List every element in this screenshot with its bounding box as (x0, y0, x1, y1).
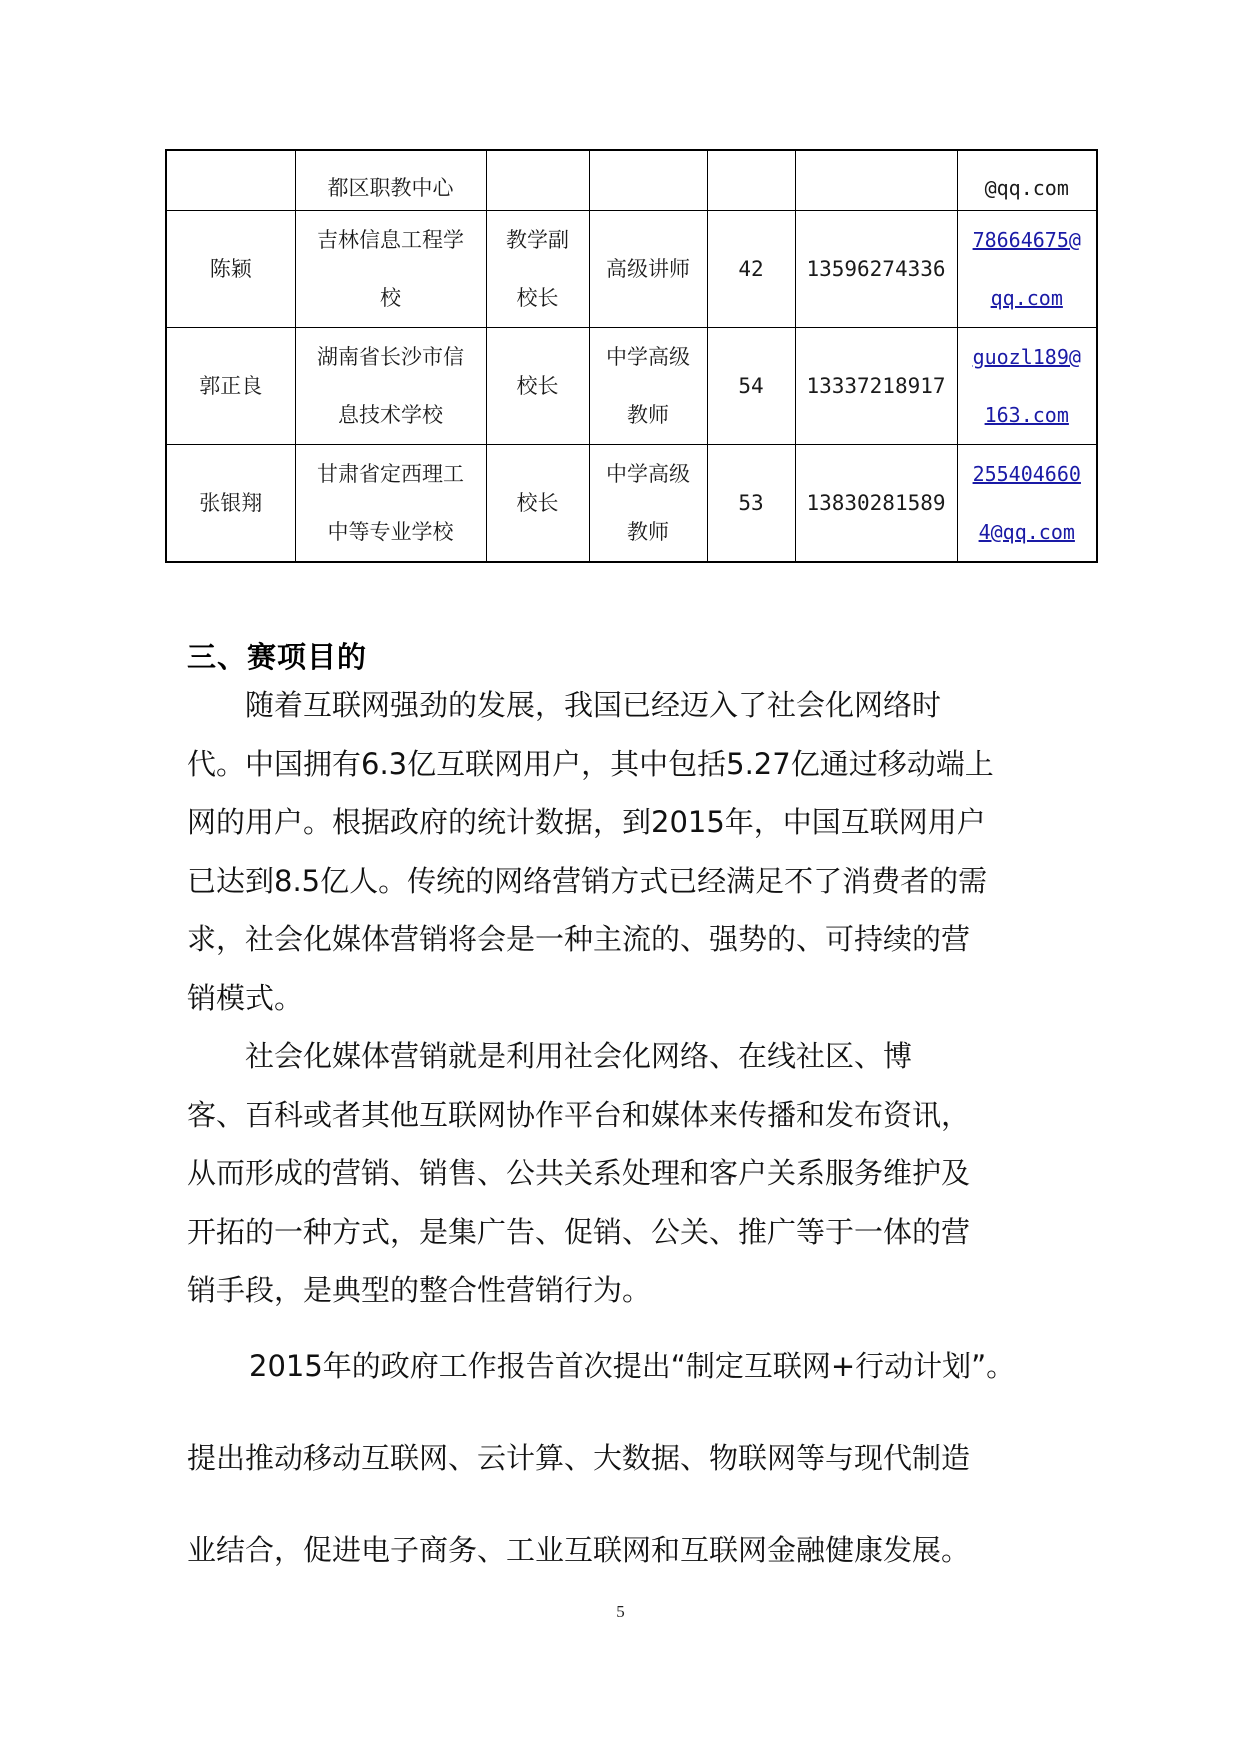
school-line: 吉林信息工程学 (296, 211, 486, 269)
text-line: 从而形成的营销、销售、公共关系处理和客户关系服务维护及 (187, 1144, 1067, 1203)
cell-name: 张银翔 (166, 445, 295, 563)
text-line: 网的用户。根据政府的统计数据，到2015年，中国互联网用户 (187, 793, 1067, 852)
cell-age: 53 (707, 445, 795, 563)
cell-email: guozl189@ 163.com (957, 328, 1097, 445)
cell-phone: 13337218917 (795, 328, 957, 445)
table-row: 郭正良 湖南省长沙市信 息技术学校 校长 中学高级 教师 54 13337218… (166, 328, 1097, 445)
text-line: 求，社会化媒体营销将会是一种主流的、强势的、可持续的营 (187, 910, 1067, 969)
cell-school: 都区职教中心 (295, 150, 486, 211)
title-line: 中学高级 (590, 328, 707, 386)
school-line: 甘肃省定西理工 (296, 445, 486, 503)
cell-title: 中学高级 教师 (589, 445, 707, 563)
cell-title (589, 150, 707, 211)
cell-email: @qq.com (957, 150, 1097, 211)
text-line: 代。中国拥有6.3亿互联网用户，其中包括5.27亿通过移动端上 (187, 735, 1067, 794)
paragraph-government-report: 2015年的政府工作报告首次提出“制定互联网+行动计划”。 提出推动移动互联网、… (187, 1337, 1067, 1613)
title-line: 中学高级 (590, 445, 707, 503)
email-link[interactable]: qq.com (991, 286, 1063, 310)
cell-school: 吉林信息工程学 校 (295, 211, 486, 328)
school-line: 都区职教中心 (296, 166, 486, 210)
text-line: 开拓的一种方式，是集广告、促销、公关、推广等于一体的营 (187, 1203, 1067, 1262)
cell-school: 甘肃省定西理工 中等专业学校 (295, 445, 486, 563)
email-link[interactable]: 4@qq.com (979, 520, 1075, 544)
text-line: 销模式。 (187, 969, 1067, 1028)
contact-table: 都区职教中心 @qq.com 陈颖 吉林信息工程学 校 教学副 校长 (165, 149, 1098, 563)
cell-position: 教学副 校长 (486, 211, 589, 328)
text-line: 社会化媒体营销就是利用社会化网络、在线社区、博 (187, 1027, 1067, 1086)
email-text: @qq.com (958, 166, 1097, 210)
school-line: 息技术学校 (296, 386, 486, 444)
document-page: 都区职教中心 @qq.com 陈颖 吉林信息工程学 校 教学副 校长 (0, 0, 1241, 1754)
cell-age: 42 (707, 211, 795, 328)
text-line: 2015年的政府工作报告首次提出“制定互联网+行动计划”。 (187, 1337, 1067, 1429)
text-line: 业结合，促进电子商务、工业互联网和互联网金融健康发展。 (187, 1521, 1067, 1613)
position-line: 校长 (487, 474, 589, 532)
position-line: 校长 (487, 357, 589, 415)
text-line: 随着互联网强劲的发展，我国已经迈入了社会化网络时 (187, 676, 1067, 735)
title-line: 教师 (590, 386, 707, 444)
text-line: 客、百科或者其他互联网协作平台和媒体来传播和发布资讯， (187, 1086, 1067, 1145)
email-link[interactable]: 163.com (985, 403, 1069, 427)
title-line: 教师 (590, 503, 707, 561)
cell-name: 陈颖 (166, 211, 295, 328)
text-line: 已达到8.5亿人。传统的网络营销方式已经满足不了消费者的需 (187, 852, 1067, 911)
cell-email: 78664675@ qq.com (957, 211, 1097, 328)
cell-email: 255404660 4@qq.com (957, 445, 1097, 563)
cell-position: 校长 (486, 328, 589, 445)
table-row: 都区职教中心 @qq.com (166, 150, 1097, 211)
cell-school: 湖南省长沙市信 息技术学校 (295, 328, 486, 445)
email-link[interactable]: 255404660 (973, 462, 1081, 486)
paragraph-social-media-marketing: 社会化媒体营销就是利用社会化网络、在线社区、博 客、百科或者其他互联网协作平台和… (187, 1027, 1067, 1320)
title-line: 高级讲师 (590, 240, 707, 298)
cell-age: 54 (707, 328, 795, 445)
position-line: 校长 (487, 269, 589, 327)
cell-name (166, 150, 295, 211)
page-number: 5 (0, 1602, 1241, 1622)
school-line: 中等专业学校 (296, 503, 486, 561)
cell-phone: 13596274336 (795, 211, 957, 328)
cell-title: 高级讲师 (589, 211, 707, 328)
text-line: 销手段，是典型的整合性营销行为。 (187, 1261, 1067, 1320)
paragraph-internet-development: 随着互联网强劲的发展，我国已经迈入了社会化网络时 代。中国拥有6.3亿互联网用户… (187, 676, 1067, 1027)
cell-phone (795, 150, 957, 211)
email-link[interactable]: guozl189@ (973, 345, 1081, 369)
cell-position (486, 150, 589, 211)
school-line: 湖南省长沙市信 (296, 328, 486, 386)
cell-phone: 13830281589 (795, 445, 957, 563)
position-line: 教学副 (487, 211, 589, 269)
cell-age (707, 150, 795, 211)
cell-name: 郭正良 (166, 328, 295, 445)
table-row: 陈颖 吉林信息工程学 校 教学副 校长 高级讲师 42 13596274336 … (166, 211, 1097, 328)
email-link[interactable]: 78664675@ (973, 228, 1081, 252)
section-heading: 三、赛项目的 (187, 635, 367, 676)
cell-title: 中学高级 教师 (589, 328, 707, 445)
cell-position: 校长 (486, 445, 589, 563)
table-row: 张银翔 甘肃省定西理工 中等专业学校 校长 中学高级 教师 53 1383028… (166, 445, 1097, 563)
text-line: 提出推动移动互联网、云计算、大数据、物联网等与现代制造 (187, 1429, 1067, 1521)
school-line: 校 (296, 269, 486, 327)
